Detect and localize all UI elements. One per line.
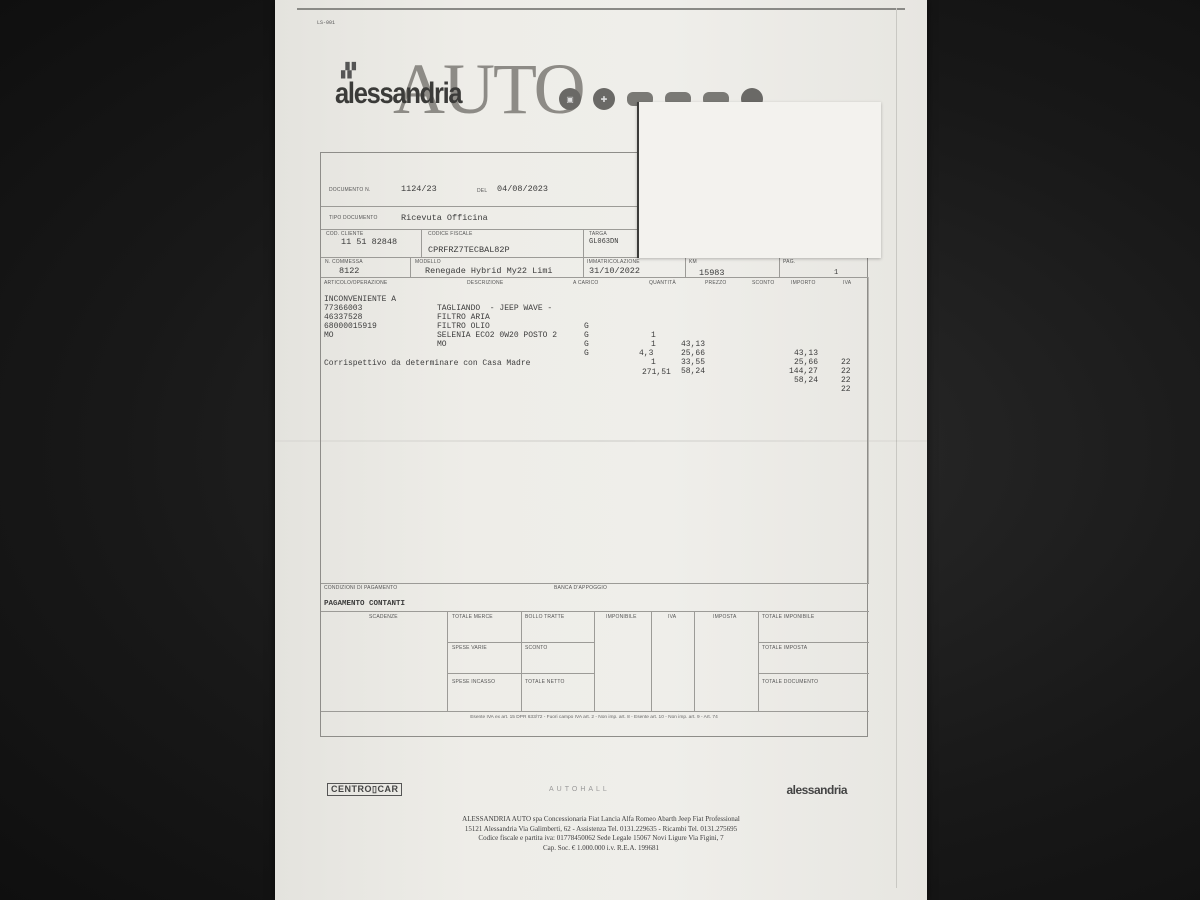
bank-label: Banca d'appoggio bbox=[554, 585, 607, 591]
redaction-sticker bbox=[637, 102, 881, 258]
plate-label: Targa bbox=[589, 231, 607, 237]
total-taxable-label: Totale imponibile bbox=[762, 614, 814, 620]
tax-code-label: Codice fiscale bbox=[428, 231, 472, 237]
order-number: 8122 bbox=[339, 266, 359, 276]
deadlines-label: Scadenze bbox=[369, 614, 398, 620]
km-label: Km bbox=[689, 259, 697, 265]
vehicle-model: Renegade Hybrid My22 Limi bbox=[425, 266, 553, 276]
table-row: 77366003 FILTRO ARIA G 1 43,13 43,13 22 bbox=[324, 295, 864, 304]
registration-date: 31/10/2022 bbox=[589, 266, 640, 276]
company-line: ALESSANDRIA AUTO spa Concessionaria Fiat… bbox=[275, 815, 927, 825]
small-alessandria-logo: alessandria bbox=[786, 783, 847, 797]
payment-conditions-label: Condizioni di pagamento bbox=[324, 585, 397, 591]
client-code: 11 51 82848 bbox=[341, 237, 397, 247]
table-row: 46337528 FILTRO OLIO G 1 25,66 25,66 22 bbox=[324, 304, 864, 313]
company-line: Codice fiscale e partita iva: 0177845006… bbox=[275, 834, 927, 844]
receipt-paper: LS-001 AUTO ▞▞ alessandria ▣ ✚ Documento… bbox=[275, 0, 927, 900]
tax-code: CPRFRZ7TECBAL82P bbox=[428, 245, 510, 255]
table-row: 68000015919 SELENIA ECO2 0W20 POSTO 2 G … bbox=[324, 313, 864, 322]
company-line: 15121 Alessandria Via Galimberti, 62 - A… bbox=[275, 825, 927, 835]
collection-costs-label: Spese incasso bbox=[452, 679, 495, 685]
plate: GL063DN bbox=[589, 238, 618, 246]
various-costs-label: Spese varie bbox=[452, 645, 487, 651]
logo-alessandria-text: alessandria bbox=[335, 77, 461, 111]
stamp-label: Bollo tratte bbox=[525, 614, 564, 620]
page-number: 1 bbox=[834, 269, 838, 277]
doc-number: 1124/23 bbox=[401, 184, 437, 194]
top-rule bbox=[297, 8, 905, 10]
table-row: INCONVENIENTE A TAGLIANDO - JEEP WAVE - bbox=[324, 286, 864, 295]
total-net-label: Totale netto bbox=[525, 679, 565, 685]
alessandria-auto-logo: AUTO ▞▞ alessandria bbox=[333, 55, 563, 125]
note-text: Corrispettivo da determinare con Casa Ma… bbox=[324, 359, 530, 368]
payment-conditions: PAGAMENTO CONTANTI bbox=[324, 600, 405, 608]
company-line: Cap. Soc. € 1.000.000 i.v. R.E.A. 199681 bbox=[275, 844, 927, 854]
vat-label: IVA bbox=[668, 614, 676, 620]
tax-amount-label: Imposta bbox=[713, 614, 737, 620]
footer-logos: CENTRO▯CAR AUTOHALL alessandria bbox=[327, 780, 875, 800]
discount-label: Sconto bbox=[525, 645, 548, 651]
doc-type-label: Tipo documento bbox=[329, 215, 378, 221]
page-label: Pag. bbox=[783, 259, 795, 265]
taxable-label: Imponibile bbox=[606, 614, 637, 620]
date-label: del bbox=[477, 188, 487, 194]
fiat-logo-icon: ▣ bbox=[559, 88, 581, 110]
form-code: LS-001 bbox=[317, 20, 335, 26]
note-amount: 271,51 bbox=[642, 368, 671, 377]
edge-rule bbox=[896, 8, 897, 888]
doc-date: 04/08/2023 bbox=[497, 184, 548, 194]
doc-type: Ricevuta Officina bbox=[401, 213, 488, 223]
total-document-label: Totale documento bbox=[762, 679, 818, 685]
reg-date-label: Immatricolazione bbox=[587, 259, 640, 265]
model-label: Modello bbox=[415, 259, 441, 265]
doc-number-label: Documento n. bbox=[329, 187, 370, 193]
alfa-romeo-logo-icon: ✚ bbox=[593, 88, 615, 110]
total-goods-label: Totale merce bbox=[452, 614, 493, 620]
total-tax-label: Totale imposta bbox=[762, 645, 807, 651]
legal-note: Esente IVA ex art. 15 DPR 633/72 - Fuori… bbox=[321, 715, 867, 720]
centro-car-logo: CENTRO▯CAR bbox=[327, 783, 402, 796]
table-row: MO MO G 1 58,24 58,24 22 bbox=[324, 322, 864, 331]
company-info: ALESSANDRIA AUTO spa Concessionaria Fiat… bbox=[275, 815, 927, 853]
order-label: N. commessa bbox=[325, 259, 363, 265]
note-row: Corrispettivo da determinare con Casa Ma… bbox=[324, 350, 864, 359]
autohall-logo: AUTOHALL bbox=[549, 786, 610, 793]
